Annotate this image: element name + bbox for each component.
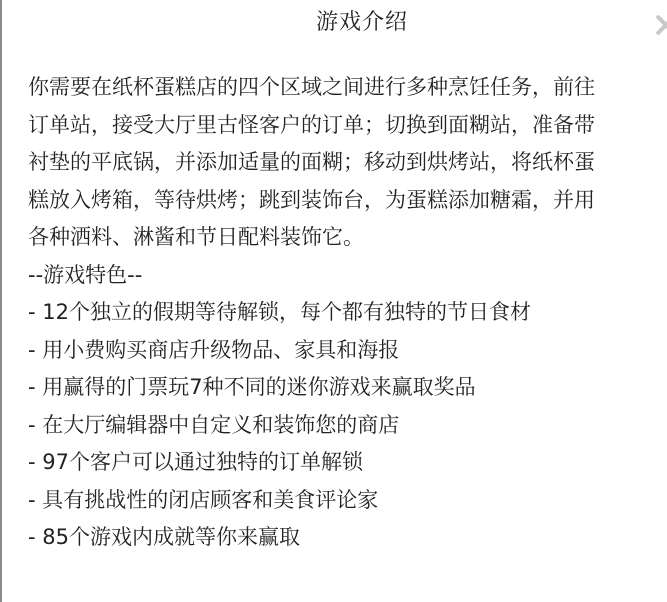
feature-item: - 12个独立的假期等待解锁，每个都有独特的节日食材 — [28, 294, 667, 332]
close-icon[interactable] — [652, 12, 667, 38]
description-line: 糕放入烤箱，等待烘烤；跳到装饰台，为蛋糕添加糖霜，并用 — [28, 182, 667, 220]
feature-item: - 97个客户可以通过独特的订单解锁 — [28, 444, 667, 482]
feature-item: - 85个游戏内成就等你来赢取 — [28, 519, 667, 557]
feature-item: - 用小费购买商店升级物品、家具和海报 — [28, 332, 667, 370]
game-description: 你需要在纸杯蛋糕店的四个区域之间进行多种烹饪任务，前往 订单站，接受大厅里古怪客… — [28, 69, 667, 557]
description-line: 各种洒料、淋酱和节日配料装饰它。 — [28, 219, 667, 257]
description-line: 衬垫的平底锅，并添加适量的面糊；移动到烘烤站，将纸杯蛋 — [28, 144, 667, 182]
feature-item: - 用赢得的门票玩7种不同的迷你游戏来赢取奖品 — [28, 369, 667, 407]
description-line: 订单站，接受大厅里古怪客户的订单；切换到面糊站，准备带 — [28, 107, 667, 145]
game-intro-dialog: 游戏介绍 你需要在纸杯蛋糕店的四个区域之间进行多种烹饪任务，前往 订单站，接受大… — [0, 0, 667, 602]
features-header: --游戏特色-- — [28, 257, 667, 295]
description-line: 你需要在纸杯蛋糕店的四个区域之间进行多种烹饪任务，前往 — [28, 69, 667, 107]
feature-item: - 具有挑战性的闭店顾客和美食评论家 — [28, 482, 667, 520]
dialog-title: 游戏介绍 — [2, 6, 667, 40]
feature-item: - 在大厅编辑器中自定义和装饰您的商店 — [28, 407, 667, 445]
